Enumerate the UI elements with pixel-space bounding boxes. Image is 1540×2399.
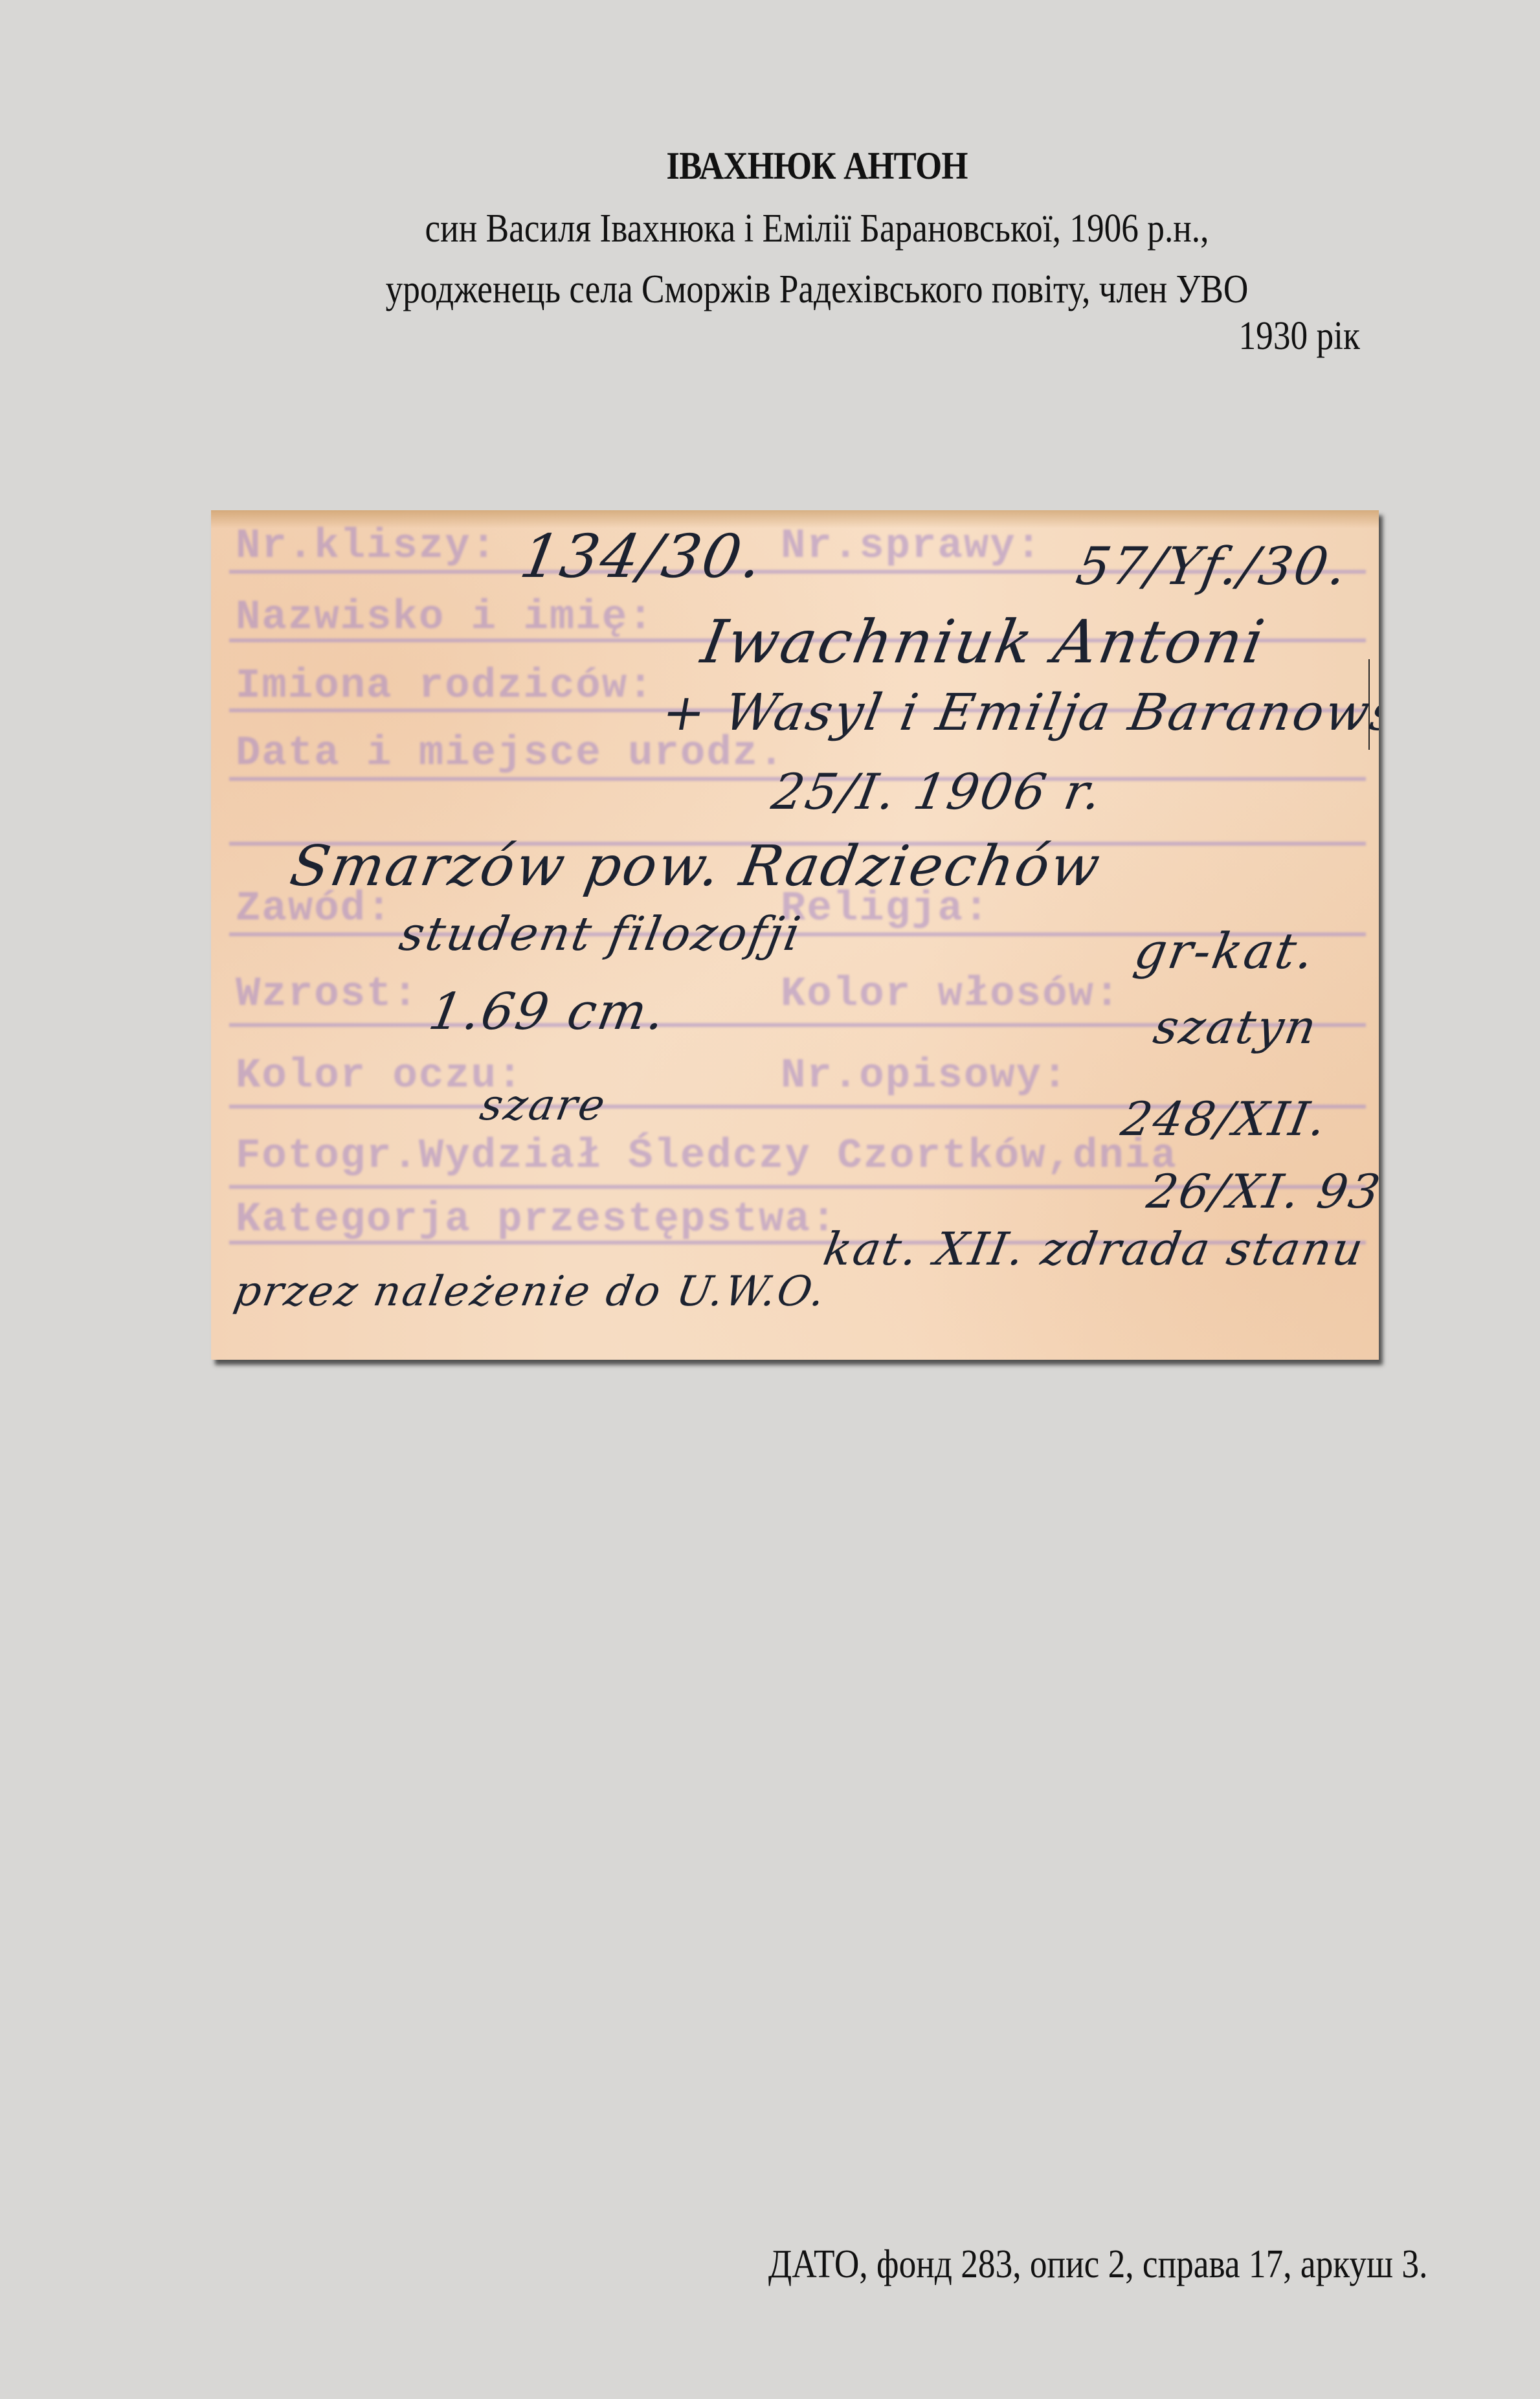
document-year: 1930 рік (1239, 313, 1360, 359)
hand-photo-date: 26/XI. 930. (1143, 1164, 1379, 1219)
hand-category: kat. XII. zdrada stanu (820, 1222, 1369, 1276)
hand-eyes: szare (476, 1080, 610, 1130)
label-clisze-no: Nr.kliszy: (236, 523, 497, 570)
hand-clisze-no: 134/30. (515, 522, 770, 591)
hand-parents: + Wasyl i Emilja Baranowska (658, 684, 1379, 742)
label-case-no: Nr.sprawy: (781, 523, 1042, 570)
hand-descr-no: 248/XII. (1117, 1092, 1332, 1146)
origin-membership-line: уродженець села Сморжів Радехівського по… (115, 267, 1520, 313)
label-eyes: Kolor oczu: (236, 1053, 523, 1099)
registration-card-image: Nr.kliszy: Nr.sprawy: Nazwisko i imię: I… (211, 510, 1379, 1360)
label-category: Kategorja przestępstwa: (236, 1197, 837, 1243)
label-parents: Imiona rodziców: (236, 663, 654, 710)
label-height: Wzrost: (236, 971, 419, 1018)
hand-occupation: student filozofji (396, 907, 806, 961)
hand-name: Iwachniuk Antoni (697, 607, 1271, 677)
label-photo: Fotogr.Wydział Śledczy Czortków,dnia (236, 1133, 1177, 1180)
hand-religion: gr-kat. (1130, 922, 1320, 980)
hand-birth-date: 25/I. 1906 r. (768, 763, 1108, 820)
person-name-title: ІВАХНЮК АНТОН (98, 144, 1535, 188)
archive-citation: ДАТО, фонд 283, опис 2, справа 17, аркуш… (768, 2242, 1427, 2288)
hand-category-cont: przez należenie do U.W.O. (230, 1268, 831, 1316)
label-hair: Kolor włosów: (781, 971, 1121, 1018)
hand-birth-place: Smarzów pow. Radziechów (285, 834, 1106, 899)
hand-hair: szatyn (1150, 1000, 1322, 1054)
hand-case-no: 57/Yf./30. (1072, 536, 1353, 596)
parents-birth-line: син Василя Івахнюка і Емілії Барановсько… (115, 206, 1520, 252)
hand-height: 1.69 cm. (425, 983, 671, 1041)
label-descr-no: Nr.opisowy: (781, 1053, 1068, 1099)
label-name: Nazwisko i imię: (236, 594, 654, 641)
